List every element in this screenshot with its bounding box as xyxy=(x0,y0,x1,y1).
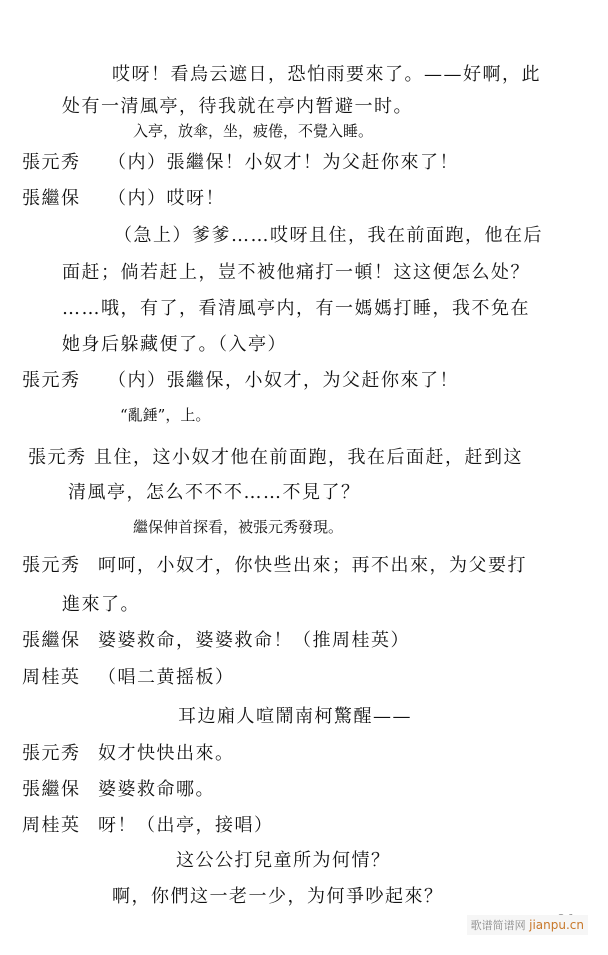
line-text: 入亭，放傘，坐，疲倦，不覺入睡。 xyxy=(133,122,373,140)
dialogue-line: 哎呀！看烏云遮日，恐怕雨要來了。——好啊，此 xyxy=(112,64,541,86)
dialogue-line: 進來了。 xyxy=(62,594,140,616)
line-text: （唱二黄摇板） xyxy=(98,667,235,688)
line-text: 繼保伸首探看，被張元秀發現。 xyxy=(133,518,343,536)
line-text: 清風亭，怎么不不不……不見了？ xyxy=(68,482,361,503)
dialogue-line: 張元秀呵呵，小奴才，你快些出來；再不出來，为父要打 xyxy=(22,555,527,577)
watermark: 歌谱简谱网 jianpu.cn xyxy=(467,915,588,935)
line-text: 婆婆救命哪。 xyxy=(98,779,215,800)
speaker-name: 張元秀 xyxy=(22,743,98,765)
speaker-name: 張元秀 xyxy=(28,447,94,469)
dialogue-line: 处有一清風亭，待我就在亭内暂避一时。 xyxy=(62,96,413,118)
line-text: ……哦，有了，看清風亭内，有一媽媽打睡，我不免在 xyxy=(62,298,530,319)
line-text: 婆婆救命，婆婆救命！（推周桂英） xyxy=(98,630,410,651)
dialogue-line: 面赶；倘若赶上，豈不被他痛打一頓！这这便怎么处？ xyxy=(62,262,530,284)
line-text: 面赶；倘若赶上，豈不被他痛打一頓！这这便怎么处？ xyxy=(62,262,530,283)
speaker-name: 張元秀 xyxy=(22,370,108,392)
dialogue-line: 張繼保婆婆救命哪。 xyxy=(22,779,215,801)
dialogue-line: 啊，你們这一老一少，为何爭吵起來？ xyxy=(112,886,444,908)
dialogue-line: 周桂英（唱二黄摇板） xyxy=(22,667,235,689)
line-text: 她身后躲藏便了。（入亭） xyxy=(62,334,287,355)
speaker-name: 張元秀 xyxy=(22,152,108,174)
stage-direction: 繼保伸首探看，被張元秀發現。 xyxy=(133,516,343,538)
dialogue-line: 張元秀奴才快快出來。 xyxy=(22,743,235,765)
line-text: （内）張繼保，小奴才，为父赶你來了！ xyxy=(108,370,459,391)
speaker-name: 張繼保 xyxy=(22,188,108,210)
line-text: （内）張繼保！小奴才！为父赶你來了！ xyxy=(108,152,459,173)
watermark-site: jianpu.cn xyxy=(529,918,584,932)
sung-line: 这公公打兒童所为何情？ xyxy=(176,850,391,872)
speaker-name: 張元秀 xyxy=(22,555,98,577)
dialogue-line: （急上）爹爹……哎呀且住，我在前面跑，他在后 xyxy=(114,225,543,247)
line-text: 奴才快快出來。 xyxy=(98,743,235,764)
dialogue-line: 周桂英呀！（出亭，接唱） xyxy=(22,815,274,837)
stage-direction: “亂錘”，上。 xyxy=(120,404,210,426)
line-text: （内）哎呀！ xyxy=(108,188,225,209)
dialogue-line: 張元秀（内）張繼保！小奴才！为父赶你來了！ xyxy=(22,152,459,174)
line-text: 处有一清風亭，待我就在亭内暂避一时。 xyxy=(62,96,413,117)
line-text: （急上）爹爹……哎呀且住，我在前面跑，他在后 xyxy=(114,225,543,246)
line-text: 呀！（出亭，接唱） xyxy=(98,815,274,836)
speaker-name: 張繼保 xyxy=(22,779,98,801)
dialogue-line: ……哦，有了，看清風亭内，有一媽媽打睡，我不免在 xyxy=(62,298,530,320)
line-text: 哎呀！看烏云遮日，恐怕雨要來了。——好啊，此 xyxy=(112,64,541,85)
speaker-name: 周桂英 xyxy=(22,667,98,689)
dialogue-line: 張繼保婆婆救命，婆婆救命！（推周桂英） xyxy=(22,630,410,652)
speaker-name: 張繼保 xyxy=(22,630,98,652)
line-text: 進來了。 xyxy=(62,594,140,615)
line-text: 这公公打兒童所为何情？ xyxy=(176,850,391,871)
dialogue-line: 張元秀且住，这小奴才他在前面跑，我在后面赶，赶到这 xyxy=(28,447,523,469)
watermark-cn: 歌谱简谱网 xyxy=(471,919,526,932)
speaker-name: 周桂英 xyxy=(22,815,98,837)
dialogue-line: 張繼保（内）哎呀！ xyxy=(22,188,225,210)
dialogue-line: 她身后躲藏便了。（入亭） xyxy=(62,334,287,356)
scanned-script-page: 哎呀！看烏云遮日，恐怕雨要來了。——好啊，此 处有一清風亭，待我就在亭内暂避一时… xyxy=(0,0,608,955)
line-text: 耳边廂人喧鬧南柯驚醒—— xyxy=(178,706,412,727)
dialogue-line: 張元秀（内）張繼保，小奴才，为父赶你來了！ xyxy=(22,370,459,392)
line-text: 呵呵，小奴才，你快些出來；再不出來，为父要打 xyxy=(98,555,527,576)
line-text: 啊，你們这一老一少，为何爭吵起來？ xyxy=(112,886,444,907)
stage-direction: 入亭，放傘，坐，疲倦，不覺入睡。 xyxy=(133,120,373,142)
dialogue-line: 清風亭，怎么不不不……不見了？ xyxy=(68,482,361,504)
line-text: 且住，这小奴才他在前面跑，我在后面赶，赶到这 xyxy=(94,447,523,468)
sung-line: 耳边廂人喧鬧南柯驚醒—— xyxy=(178,706,412,728)
line-text: “亂錘”，上。 xyxy=(120,406,210,424)
